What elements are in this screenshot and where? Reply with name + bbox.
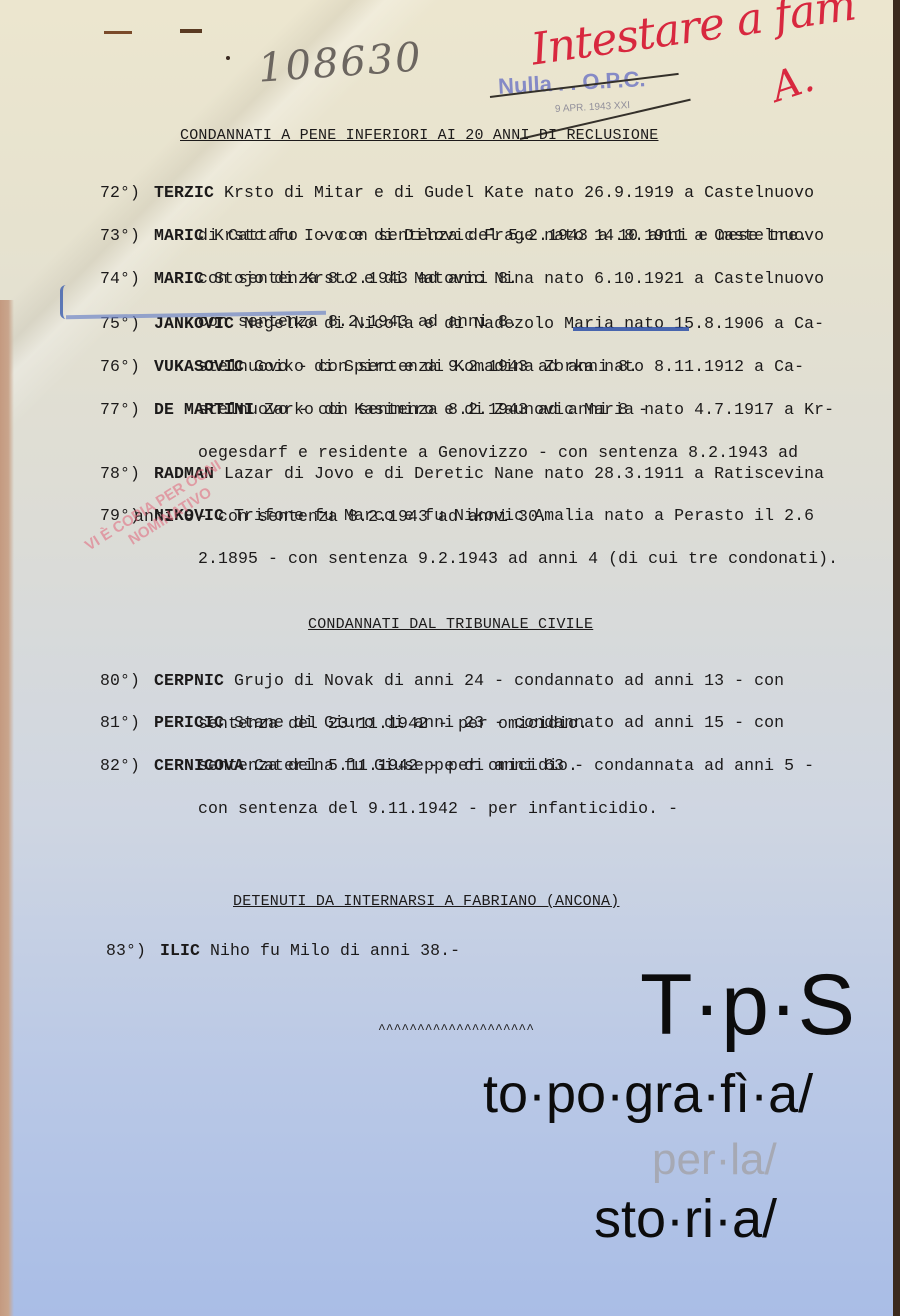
entry-text: Krsto fu Iovo e di Dilovic Frage nato 14…: [204, 226, 824, 245]
entry-text: Grujo di Novak di anni 24 - condannato a…: [224, 671, 784, 690]
section-heading: CONDANNATI A PENE INFERIORI AI 20 ANNI D…: [180, 127, 658, 144]
list-item: 82°)CERNICOVA Caterina fu Giuseppe di an…: [80, 733, 814, 841]
entry-surname: MARIC: [154, 269, 204, 288]
entry-text: Stojo di Krsto e di Matovic Nina nato 6.…: [204, 269, 824, 288]
entry-text: Zarko di Kasimiro e di Zaunovic Maria na…: [254, 400, 834, 419]
entry-surname: VUKASOVIC: [154, 357, 244, 376]
entry-number: 74°): [100, 268, 154, 290]
entry-surname: ILIC: [160, 941, 200, 960]
tps-logo-mark: T·p·S: [640, 962, 855, 1048]
pencil-bracket: [60, 285, 69, 319]
entry-surname: CERNICOVA: [154, 756, 244, 775]
entry-surname: DE MARTINI: [154, 400, 254, 419]
entry-surname: CERPNIC: [154, 671, 224, 690]
entry-text: Niho fu Milo di anni 38.-: [200, 941, 460, 960]
entry-surname: MARIC: [154, 226, 204, 245]
tps-logo-line: to·po·gra·fì·a/: [483, 1064, 813, 1124]
page-edge-left: [0, 300, 14, 1316]
entry-number: 81°): [100, 712, 154, 734]
entry-number: 72°): [100, 182, 154, 204]
punch-mark: [104, 31, 132, 34]
punch-mark: [180, 29, 202, 33]
entry-text: Trifone fu Marco e fu Nikovic Amalia nat…: [224, 506, 814, 525]
tps-logo-line: sto·ri·a/: [594, 1189, 777, 1249]
entry-number: 82°): [100, 755, 154, 777]
entry-text: Krsto di Mitar e di Gudel Kate nato 26.9…: [214, 183, 814, 202]
section-heading: CONDANNATI DAL TRIBUNALE CIVILE: [308, 616, 593, 633]
ink-dot: [226, 56, 230, 60]
end-marker: ^^^^^^^^^^^^^^^^^^^^: [378, 1022, 534, 1037]
entry-surname: PERICIC: [154, 713, 224, 732]
entry-text: Negelko di Nicola e di Nadezolo Maria na…: [234, 314, 824, 333]
entry-text: Goiko di Spiro e di Komadina Zorka nato …: [244, 357, 804, 376]
entry-number: 83°): [106, 940, 160, 962]
entry-surname: TERZIC: [154, 183, 214, 202]
entry-number: 78°): [100, 463, 154, 485]
section-heading: DETENUTI DA INTERNARSI A FABRIANO (ANCON…: [233, 893, 619, 910]
pencil-underline: [573, 327, 689, 331]
tps-logo-line: per·la/: [652, 1135, 777, 1185]
entry-number: 77°): [100, 399, 154, 421]
entry-text: con sentenza del 9.11.1942 - per infanti…: [80, 798, 814, 820]
list-item: 83°)ILIC Niho fu Milo di anni 38.-: [86, 918, 460, 961]
entry-number: 80°): [100, 670, 154, 692]
entry-text: Lazar di Jovo e di Deretic Nane nato 28.…: [214, 464, 824, 483]
entry-number: 73°): [100, 225, 154, 247]
entry-number: 76°): [100, 356, 154, 378]
entry-text: 2.1895 - con sentenza 9.2.1943 ad anni 4…: [80, 548, 838, 570]
entry-text: Caterina fu Giuseppe di anni 63 - condan…: [244, 756, 814, 775]
page-edge-right: [893, 0, 900, 1316]
entry-text: Stane di Giuro di anni 23 - condannato a…: [224, 713, 784, 732]
